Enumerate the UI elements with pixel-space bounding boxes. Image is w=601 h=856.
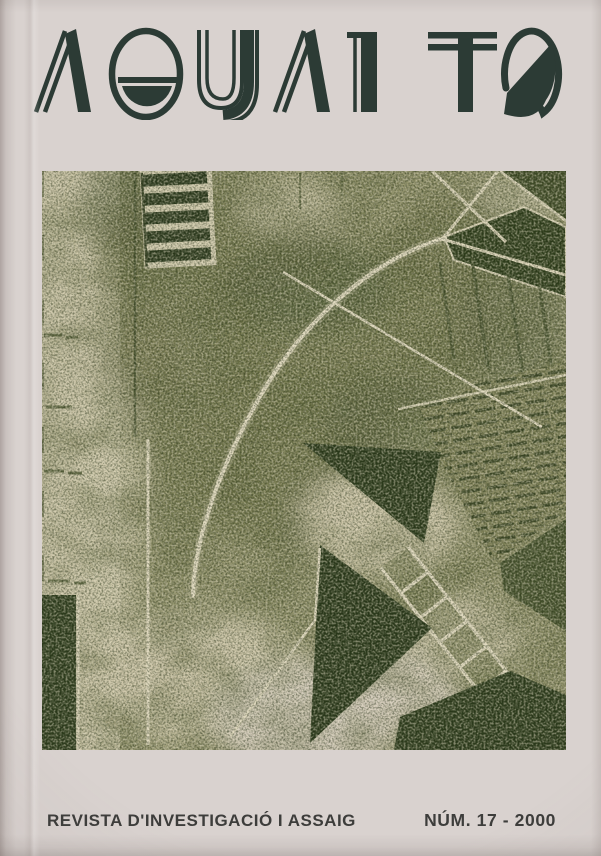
letter-a-glyph	[36, 29, 91, 112]
subtitle: REVISTA D'INVESTIGACIÓ I ASSAIG	[47, 811, 356, 831]
page-title: AGUAITS	[0, 21, 1, 22]
letter-i-glyph	[347, 32, 377, 112]
aguaits-logo	[30, 16, 570, 120]
letter-s-glyph	[504, 31, 559, 117]
issue-number: NÚM. 17 - 2000	[424, 810, 556, 831]
letter-u-glyph	[199, 30, 257, 120]
cover-artwork	[42, 171, 566, 750]
letter-g-glyph	[112, 31, 180, 117]
cover-artwork-graphic	[42, 171, 566, 750]
magazine-cover: AGUAITS	[0, 0, 601, 856]
letter-t-glyph	[428, 32, 497, 112]
